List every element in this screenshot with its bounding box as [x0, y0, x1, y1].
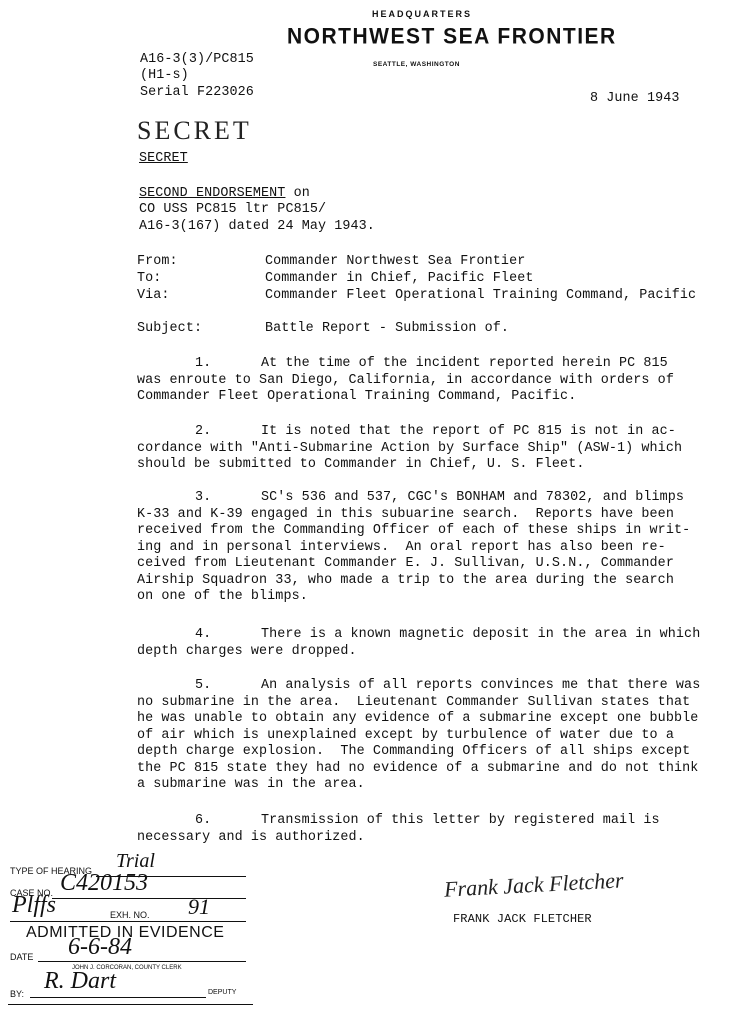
paragraph-line: cordance with "Anti-Submarine Action by … — [137, 441, 717, 458]
paragraph-line: depth charges were dropped. — [137, 644, 717, 661]
to-label: To: — [137, 271, 161, 288]
paragraph-line: of air which is unexplained except by tu… — [137, 728, 717, 745]
file-reference: A16-3(3)/PC815 — [140, 52, 254, 69]
via-value: Commander Fleet Operational Training Com… — [265, 288, 696, 305]
endorsement-line-2: CO USS PC815 ltr PC815/ — [139, 202, 326, 219]
to-value: Commander in Chief, Pacific Fleet — [265, 271, 533, 288]
letterhead-title: NORTHWEST SEA FRONTIER — [287, 24, 617, 49]
paragraph-line: SC's 536 and 537, CGC's BONHAM and 78302… — [261, 490, 684, 505]
exhibit-line — [10, 921, 246, 922]
paragraph-line: Airship Squadron 33, who made a trip to … — [137, 573, 717, 590]
paragraph-line: was enroute to San Diego, California, in… — [137, 373, 717, 390]
paragraph-line: no submarine in the area. Lieutenant Com… — [137, 695, 717, 712]
paragraph-line: he was unable to obtain any evidence of … — [137, 711, 717, 728]
file-reference-sub: (H1-s) — [140, 68, 189, 85]
paragraph-number: 2. — [137, 424, 261, 441]
from-value: Commander Northwest Sea Frontier — [265, 254, 525, 271]
paragraph-line: depth charge explosion. The Commanding O… — [137, 744, 717, 761]
paragraph-line: There is a known magnetic deposit in the… — [261, 627, 700, 642]
typed-signature: FRANK JACK FLETCHER — [453, 911, 592, 928]
deputy-label: DEPUTY — [208, 989, 236, 996]
paragraph-line: on one of the blimps. — [137, 589, 717, 606]
by-label: BY: — [10, 989, 24, 999]
paragraph-line: ing and in personal interviews. An oral … — [137, 540, 717, 557]
endorsement-title: SECOND ENDORSEMENT — [139, 186, 285, 201]
paragraph-4: 4.There is a known magnetic deposit in t… — [137, 627, 717, 660]
paragraph-line: Commander Fleet Operational Training Com… — [137, 389, 717, 406]
party-value: Plffs — [12, 892, 56, 919]
by-value: R. Dart — [44, 968, 116, 995]
paragraph-number: 1. — [137, 356, 261, 373]
paragraph-line: An analysis of all reports convinces me … — [261, 678, 700, 693]
letter-date: 8 June 1943 — [590, 91, 680, 108]
subject-value: Battle Report - Submission of. — [265, 321, 509, 338]
paragraph-number: 4. — [137, 627, 261, 644]
paragraph-line: should be submitted to Commander in Chie… — [137, 457, 717, 474]
by-line — [30, 997, 206, 998]
case-number-line — [52, 898, 246, 899]
handwritten-signature: Frank Jack Fletcher — [443, 867, 624, 902]
from-label: From: — [137, 254, 178, 271]
date-label: DATE — [10, 952, 33, 962]
paragraph-3: 3.SC's 536 and 537, CGC's BONHAM and 783… — [137, 490, 717, 606]
paragraph-line: Transmission of this letter by registere… — [261, 813, 660, 828]
case-number-value: C420153 — [60, 870, 148, 897]
paragraph-line: K-33 and K-39 engaged in this subuarine … — [137, 507, 717, 524]
paragraph-line: necessary and is authorized. — [137, 830, 717, 847]
paragraph-6: 6.Transmission of this letter by registe… — [137, 813, 717, 846]
serial-number: Serial F223026 — [140, 85, 254, 102]
date-line — [38, 961, 246, 962]
paragraph-line: ceived from Lieutenant Commander E. J. S… — [137, 556, 717, 573]
endorsement-line-1: SECOND ENDORSEMENT on — [139, 186, 310, 203]
stamp-bottom-border — [8, 1004, 253, 1005]
exhibit-number-value: 91 — [188, 894, 210, 920]
paragraph-1: 1.At the time of the incident reported h… — [137, 356, 717, 406]
exhibit-number-label: EXH. NO. — [110, 910, 150, 920]
letterhead-headquarters: HEADQUARTERS — [372, 9, 472, 19]
subject-label: Subject: — [137, 321, 202, 338]
paragraph-number: 5. — [137, 678, 261, 695]
paragraph-line: It is noted that the report of PC 815 is… — [261, 424, 676, 439]
classification-stamp: SECRET — [137, 116, 252, 146]
paragraph-5: 5.An analysis of all reports convinces m… — [137, 678, 717, 794]
classification-typed: SECRET — [139, 151, 188, 168]
paragraph-number: 3. — [137, 490, 261, 507]
paragraph-line: the PC 815 state they had no evidence of… — [137, 761, 717, 778]
paragraph-2: 2.It is noted that the report of PC 815 … — [137, 424, 717, 474]
paragraph-number: 6. — [137, 813, 261, 830]
via-label: Via: — [137, 288, 170, 305]
letterhead-city: SEATTLE, WASHINGTON — [373, 61, 460, 68]
evidence-stamp: TYPE OF HEARING Trial CASE NO. C420153 P… — [8, 858, 253, 1008]
paragraph-line: a submarine was in the area. — [137, 777, 717, 794]
date-value: 6-6-84 — [68, 934, 132, 961]
endorsement-line-3: A16-3(167) dated 24 May 1943. — [139, 219, 375, 236]
paragraph-line: received from the Commanding Officer of … — [137, 523, 717, 540]
endorsement-on: on — [285, 186, 309, 201]
paragraph-line: At the time of the incident reported her… — [261, 356, 668, 371]
